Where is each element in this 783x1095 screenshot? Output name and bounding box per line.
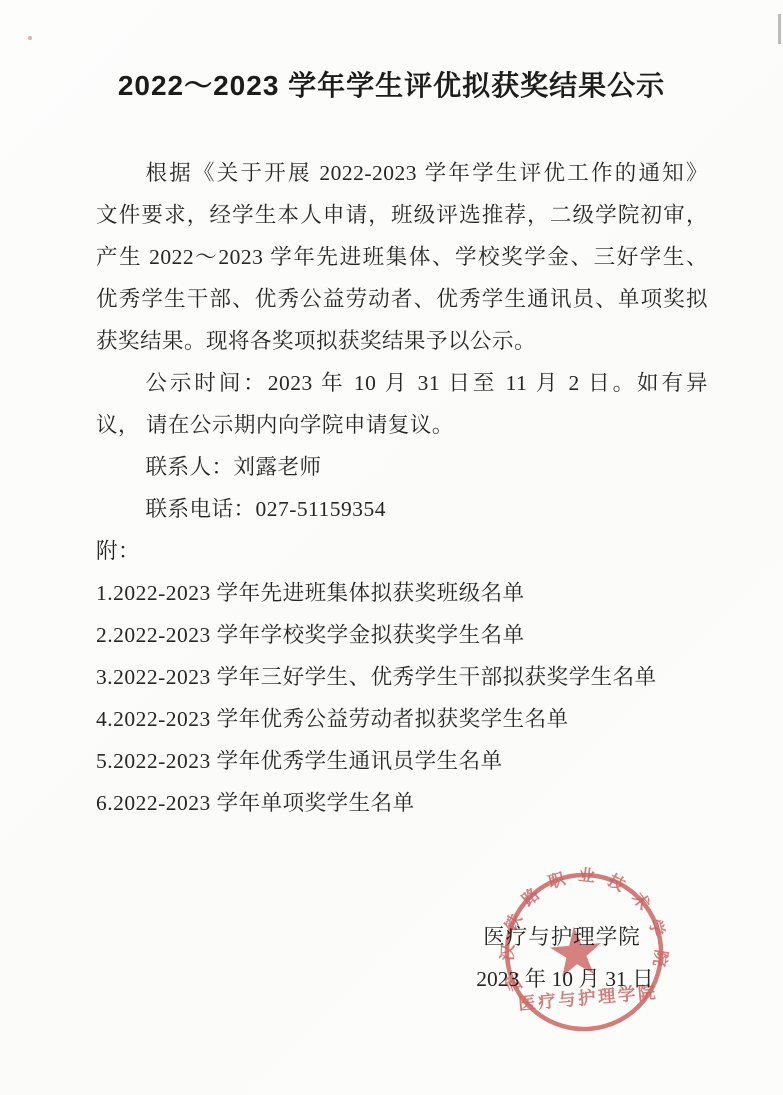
attachment-label: 附： <box>96 530 708 572</box>
attachment-item: 5.2022-2023 学年优秀学生通讯员学生名单 <box>96 740 708 782</box>
body-line: 议， 请在公示期内向学院申请复议。 <box>96 404 708 446</box>
body-line: 优秀学生干部、优秀公益劳动者、优秀学生通讯员、单项奖拟 <box>96 278 708 320</box>
official-seal: 武汉铁路职业技术学院 医疗与护理学院 <box>489 857 680 1048</box>
body-line: 获奖结果。现将各奖项拟获奖结果予以公示。 <box>96 320 708 362</box>
scanned-document-page: 2022～2023 学年学生评优拟获奖结果公示 根据《关于开展 2022-202… <box>0 0 783 1095</box>
svg-text:武汉铁路职业技术学院: 武汉铁路职业技术学院 <box>490 858 675 995</box>
attachment-item: 1.2022-2023 学年先进班集体拟获奖班级名单 <box>96 572 708 614</box>
publicity-period-line: 公示时间：2023 年 10 月 31 日至 11 月 2 日。如有异 <box>96 362 708 404</box>
seal-arc-text: 武汉铁路职业技术学院 <box>490 858 675 995</box>
attachment-item: 4.2022-2023 学年优秀公益劳动者拟获奖学生名单 <box>96 698 708 740</box>
attachment-item: 2.2022-2023 学年学校奖学金拟获奖学生名单 <box>96 614 708 656</box>
body-line: 根据《关于开展 2022-2023 学年学生评优工作的通知》 <box>96 152 708 194</box>
attachment-item: 6.2022-2023 学年单项奖学生名单 <box>96 782 708 824</box>
body-line: 产生 2022～2023 学年先进班集体、学校奖学金、三好学生、 <box>96 236 708 278</box>
contact-phone-line: 联系电话：027-51159354 <box>96 488 708 530</box>
scan-speck <box>28 36 32 40</box>
scan-edge-artifact <box>778 14 781 44</box>
contact-person-line: 联系人：刘露老师 <box>96 446 708 488</box>
star-icon <box>548 925 603 978</box>
body-line: 文件要求，经学生本人申请，班级评选推荐，二级学院初审， <box>96 194 708 236</box>
attachment-item: 3.2022-2023 学年三好学生、优秀学生干部拟获奖学生名单 <box>96 656 708 698</box>
document-body: 根据《关于开展 2022-2023 学年学生评优工作的通知》 文件要求，经学生本… <box>96 152 708 824</box>
document-title: 2022～2023 学年学生评优拟获奖结果公示 <box>0 64 783 104</box>
